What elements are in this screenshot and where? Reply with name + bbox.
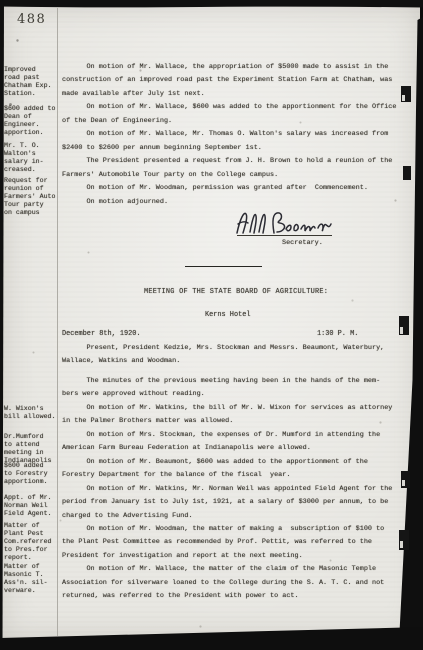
margin-note-farmers-reunion: Request for reunion of Farmers' Auto Tou… [4, 177, 57, 217]
page-number: 488 [17, 12, 46, 27]
minutes-paragraphs-main: The minutes of the previous meeting havi… [62, 375, 392, 604]
margin-note-improved-road: Improved road past Chatham Exp. Station. [4, 66, 57, 98]
paper-specks [0, 0, 1, 1]
margin-note-wixon-bill: W. Wixon's bill allowed. [4, 405, 57, 421]
meeting-location: Kerns Hotel [205, 311, 251, 319]
scanned-minutes-page: 488 Improved road past Chatham Exp. Stat… [0, 0, 423, 650]
meeting-title: MEETING OF THE STATE BOARD OF AGRICULTUR… [144, 288, 328, 296]
signature-handwriting [234, 209, 334, 239]
margin-note-weil-appointment: Appt. of Mr. Norman Weil Field Agent. [4, 494, 57, 518]
section-divider [185, 266, 262, 267]
minutes-paragraphs-top: On motion of Mr. Wallace, the appropriat… [62, 61, 396, 209]
margin-note-walton-salary: Mr. T. O. Walton's salary in- creased. [4, 142, 57, 174]
meeting-time: 1:30 P. M. [317, 330, 358, 338]
meeting-date: December 8th, 1920. [62, 330, 141, 338]
margin-note-forestry-600: $600 added to Forestry apportionm. [4, 462, 57, 486]
signature-block: Secretary. [234, 209, 338, 249]
margin-rule-line [57, 8, 58, 636]
margin-note-mumford-trip: Dr.Mumford to attend meeting in Indianap… [4, 433, 57, 465]
margin-note-masonic-silverware: Matter of Masonic T. Ass'n. sil- verware… [4, 563, 57, 595]
signature-title: Secretary. [282, 239, 323, 247]
margin-note-dean-apportion: $600 added to Dean of Engineer. apportio… [4, 105, 57, 137]
attendance-paragraph: Present, President Kedzie, Mrs. Stockman… [62, 342, 384, 369]
margin-note-plant-pest: Matter of Plant Pest Com.referred to Pre… [4, 522, 57, 562]
